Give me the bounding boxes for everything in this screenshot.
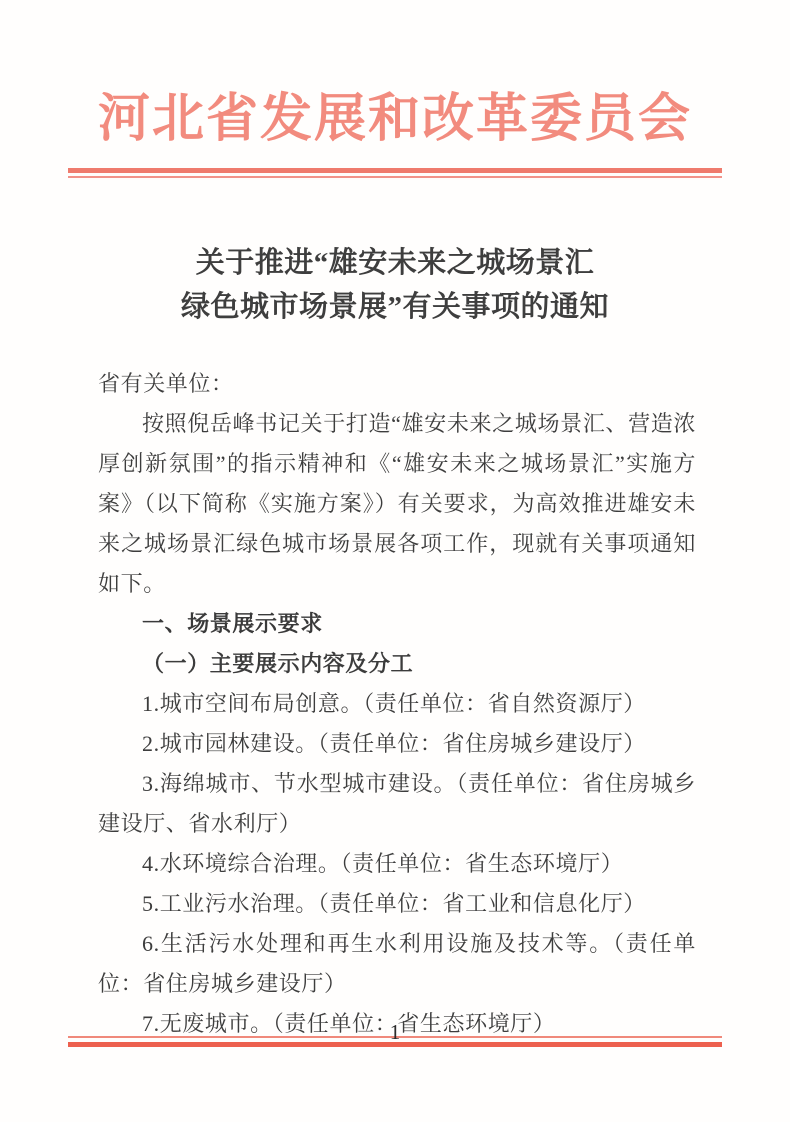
list-item-6: 6.生活污水处理和再生水利用设施及技术等。（责任单位：省住房城乡建设厅） xyxy=(98,924,696,1004)
opening-paragraph: 按照倪岳峰书记关于打造“雄安未来之城场景汇、营造浓厚创新氛围”的指示精神和《“雄… xyxy=(98,404,696,604)
list-item-2: 2.城市园林建设。（责任单位：省住房城乡建设厅） xyxy=(98,724,696,764)
document-title-line-1: 关于推进“雄安未来之城场景汇 xyxy=(0,241,790,285)
document-page: 河北省发展和改革委员会 关于推进“雄安未来之城场景汇 绿色城市场景展”有关事项的… xyxy=(0,0,790,1122)
subsection-heading-1-1: （一）主要展示内容及分工 xyxy=(98,644,696,684)
section-heading-1: 一、场景展示要求 xyxy=(98,604,696,644)
list-item-3: 3.海绵城市、节水型城市建设。（责任单位：省住房城乡建设厅、省水利厅） xyxy=(98,764,696,844)
list-item-5: 5.工业污水治理。（责任单位：省工业和信息化厅） xyxy=(98,884,696,924)
letterhead-rule-thick xyxy=(68,168,722,173)
document-title-line-2: 绿色城市场景展”有关事项的通知 xyxy=(0,285,790,329)
document-title: 关于推进“雄安未来之城场景汇 绿色城市场景展”有关事项的通知 xyxy=(0,241,790,329)
list-item-1: 1.城市空间布局创意。（责任单位：省自然资源厅） xyxy=(98,684,696,724)
salutation: 省有关单位： xyxy=(98,364,696,404)
letterhead-agency-name: 河北省发展和改革委员会 xyxy=(0,90,790,150)
page-number: 1 xyxy=(0,1019,790,1045)
list-item-4: 4.水环境综合治理。（责任单位：省生态环境厅） xyxy=(98,844,696,884)
letterhead-rule-thin xyxy=(68,176,722,178)
letterhead-double-rule xyxy=(68,168,722,178)
document-body: 省有关单位： 按照倪岳峰书记关于打造“雄安未来之城场景汇、营造浓厚创新氛围”的指… xyxy=(98,364,696,1044)
